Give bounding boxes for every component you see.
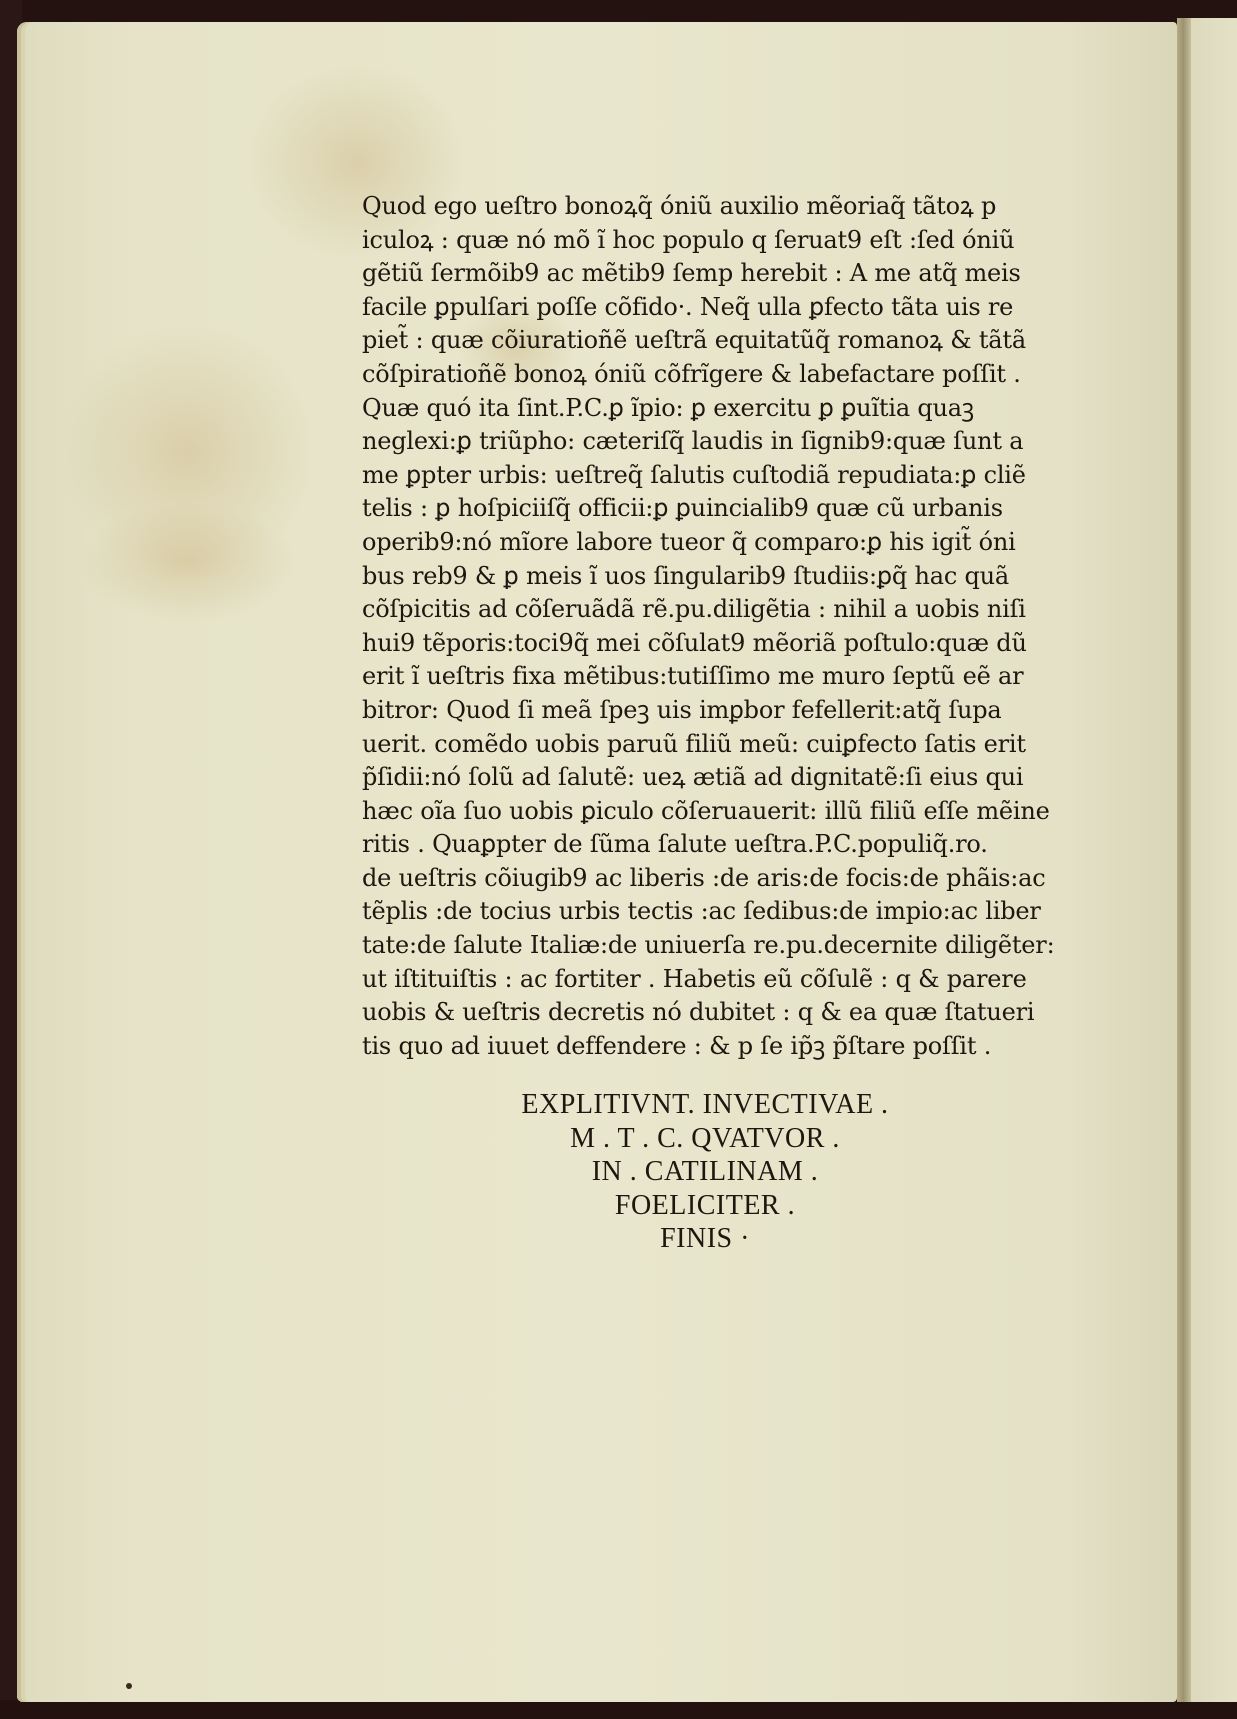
text-line: bus reb9 & ꝑ meis ĩ uos ſingularib9 ſtud… bbox=[362, 560, 1012, 594]
facing-page-edge bbox=[1191, 18, 1237, 1702]
text-line: tate:de ſalute Italiæ:de uniuerſa re.pu.… bbox=[362, 929, 1012, 963]
colophon-line: M . T . C. QVATVOR . bbox=[380, 1122, 1030, 1156]
ink-spot bbox=[126, 1683, 132, 1689]
text-line: facile ꝑpulſari poſſe cõfido·. Neq̃ ulla… bbox=[362, 291, 1012, 325]
scan-background-top bbox=[0, 0, 1237, 22]
text-line: p̃ſidii:nó ſolũ ad ſalutẽ: ueꝝ ætiã ad d… bbox=[362, 761, 1012, 795]
text-line: piet̃ : quæ cõiuratioñẽ ueſtrã equitatũq… bbox=[362, 324, 1012, 358]
text-line: uobis & ueſtris decretis nó dubitet : q … bbox=[362, 996, 1012, 1030]
text-line: hui9 tẽporis:toci9q̃ mei cõſulat9 mẽoriã… bbox=[362, 627, 1012, 661]
text-line: de ueſtris cõiugib9 ac liberis :de aris:… bbox=[362, 862, 1012, 896]
colophon-line: EXPLITIVNT. INVECTIVAE . bbox=[380, 1088, 1030, 1122]
text-line: uerit. comẽdo uobis paruũ filiũ meũ: cui… bbox=[362, 728, 1012, 762]
colophon-line: FINIS · bbox=[380, 1222, 1030, 1256]
colophon-line: FOELICITER . bbox=[380, 1189, 1030, 1223]
text-line: operib9:nó mĩore labore tueor q̃ comparo… bbox=[362, 526, 1012, 560]
text-line: Quod ego ueſtro bonoꝝq̃ óniũ auxilio mẽo… bbox=[362, 190, 1012, 224]
text-line: erit ĩ ueſtris fixa mẽtibus:tutiſſimo me… bbox=[362, 660, 1012, 694]
text-line: tis quo ad iuuet deffendere : & p ſe ip̃… bbox=[362, 1030, 1012, 1064]
colophon: EXPLITIVNT. INVECTIVAE . M . T . C. QVAT… bbox=[380, 1088, 1030, 1256]
text-line: tẽplis :de tocius urbis tectis :ac ſedib… bbox=[362, 895, 1012, 929]
text-line: Quæ quó ita ſint.P.C.ꝑ ĩpio: ꝑ exercitu … bbox=[362, 392, 1012, 426]
text-line: hæc oĩa ſuo uobis ꝑiculo cõſeruauerit: i… bbox=[362, 795, 1012, 829]
text-line: telis : ꝑ hoſpiciiſq̃ officii:ꝑ ꝑuincial… bbox=[362, 492, 1012, 526]
text-line: me ꝑpter urbis: ueſtreq̃ ſalutis cuſtodi… bbox=[362, 459, 1012, 493]
scan-background-bottom bbox=[0, 1700, 1237, 1719]
text-line: iculoꝝ : quæ nó mõ ĩ hoc populo q ſeruat… bbox=[362, 224, 1012, 258]
water-stain bbox=[77, 502, 297, 622]
body-text: Quod ego ueſtro bonoꝝq̃ óniũ auxilio mẽo… bbox=[362, 190, 1012, 1063]
text-line: ritis . Quaꝑpter de ſũma ſalute ueſtra.P… bbox=[362, 828, 1012, 862]
book-gutter bbox=[1177, 18, 1191, 1702]
text-line: neglexi:ꝑ triũpho: cæteriſq̃ laudis in ſ… bbox=[362, 425, 1012, 459]
text-line: cõſpicitis ad cõſeruãdã rẽ.pu.diligẽtia … bbox=[362, 593, 1012, 627]
text-line: gẽtiũ ſermõib9 ac mẽtib9 ſemp herebit : … bbox=[362, 257, 1012, 291]
text-line: bitror: Quod ſi meã ſpeꝫ uis imꝑbor fefe… bbox=[362, 694, 1012, 728]
colophon-line: IN . CATILINAM . bbox=[380, 1155, 1030, 1189]
text-line: ut iſtituiſtis : ac fortiter . Habetis e… bbox=[362, 963, 1012, 997]
text-line: cõſpiratioñẽ bonoꝝ óniũ cõfrĩgere & labe… bbox=[362, 358, 1012, 392]
